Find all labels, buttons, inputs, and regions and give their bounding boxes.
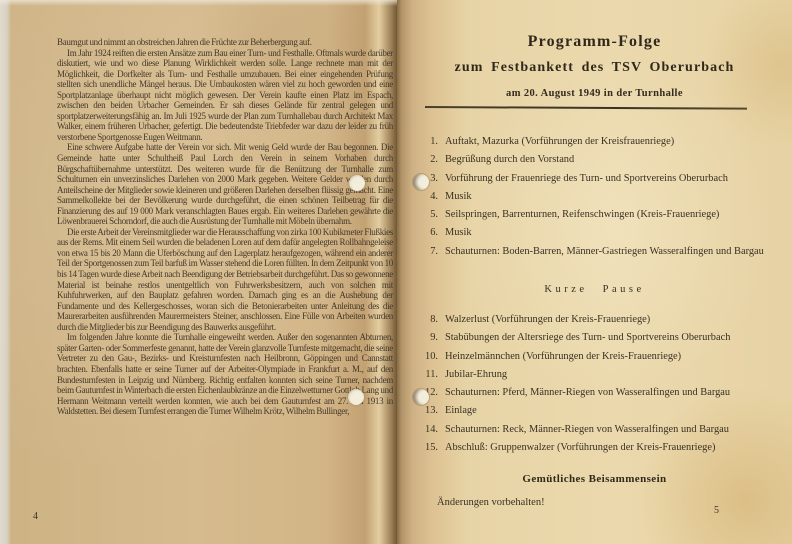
item-number: 10. bbox=[421, 348, 438, 366]
item-text: Heinzelmännchen (Vorführungen der Kreis-… bbox=[438, 348, 770, 366]
program-title: Programm-Folge bbox=[397, 33, 792, 51]
item-text: Musik bbox=[438, 224, 770, 242]
item-number: 1. bbox=[421, 133, 438, 151]
scanner-edge-left bbox=[0, 0, 11, 544]
program-subtitle: zum Festbankett des TSV Oberurbach bbox=[397, 60, 792, 76]
item-number: 6. bbox=[421, 224, 438, 242]
body-paragraph: Die erste Arbeit der Vereinsmitglieder w… bbox=[57, 227, 393, 332]
program-list-part1: 1.Auftakt, Mazurka (Vorführungen der Kre… bbox=[421, 133, 771, 261]
body-paragraph: Im folgenden Jahre konnte die Turnhalle … bbox=[57, 332, 393, 416]
item-number: 8. bbox=[421, 311, 438, 329]
revision-note: Änderungen vorbehalten! bbox=[437, 497, 545, 508]
item-text: Begrüßung durch den Vorstand bbox=[438, 151, 770, 169]
item-number: 14. bbox=[421, 421, 438, 439]
program-item: 3.Vorführung der Frauenriege des Turn- u… bbox=[421, 170, 771, 188]
item-number: 4. bbox=[421, 188, 438, 206]
program-item: 1.Auftakt, Mazurka (Vorführungen der Kre… bbox=[421, 133, 771, 151]
program-item: 14.Schauturnen: Reck, Männer-Riegen von … bbox=[421, 421, 771, 439]
item-number: 15. bbox=[421, 439, 438, 457]
item-text: Jubilar-Ehrung bbox=[438, 366, 770, 384]
scanned-booklet-spread: Baumgut und nimmt an obstreichen Jahren … bbox=[0, 0, 792, 544]
item-number: 11. bbox=[421, 366, 438, 384]
program-item: 12.Schauturnen: Pferd, Männer-Riegen von… bbox=[421, 384, 771, 402]
program-item: 2.Begrüßung durch den Vorstand bbox=[421, 151, 771, 169]
program-item: 10.Heinzelmännchen (Vorführungen der Kre… bbox=[421, 348, 771, 366]
body-paragraph: Baumgut und nimmt an obstreichen Jahren … bbox=[57, 37, 393, 48]
item-text: Abschluß: Gruppenwalzer (Vorführungen de… bbox=[438, 439, 770, 457]
punch-hole bbox=[413, 389, 429, 405]
program-item: 13.Einlage bbox=[421, 402, 771, 420]
program-date: am 20. August 1949 in der Turnhalle bbox=[397, 88, 792, 99]
left-page: Baumgut und nimmt an obstreichen Jahren … bbox=[0, 0, 397, 544]
program-item: 7.Schauturnen: Boden-Barren, Männer-Gast… bbox=[421, 243, 771, 261]
punch-hole bbox=[349, 175, 365, 191]
item-text: Auftakt, Mazurka (Vorführungen der Kreis… bbox=[438, 133, 770, 151]
page-number-right: 5 bbox=[714, 505, 719, 516]
item-number: 5. bbox=[421, 206, 438, 224]
program-item: 5.Seilspringen, Barrenturnen, Reifenschw… bbox=[421, 206, 771, 224]
program-item: 11.Jubilar-Ehrung bbox=[421, 366, 771, 384]
item-text: Walzerlust (Vorführungen der Kreis-Fraue… bbox=[438, 311, 770, 329]
item-text: Schauturnen: Boden-Barren, Männer-Gastri… bbox=[438, 243, 770, 261]
program-item: 4.Musik bbox=[421, 188, 771, 206]
body-paragraph: Eine schwere Aufgabe hatte der Verein vo… bbox=[57, 142, 393, 226]
punch-hole bbox=[348, 389, 364, 405]
scanner-edge-top bbox=[0, 0, 397, 6]
program-item: 8.Walzerlust (Vorführungen der Kreis-Fra… bbox=[421, 311, 771, 329]
page-number-left: 4 bbox=[33, 511, 38, 522]
program-item: 9.Stabübungen der Altersriege des Turn- … bbox=[421, 329, 771, 347]
item-text: Vorführung der Frauenriege des Turn- und… bbox=[438, 170, 770, 188]
item-text: Stabübungen der Altersriege des Turn- un… bbox=[438, 329, 770, 347]
item-text: Einlage bbox=[438, 402, 770, 420]
item-number: 7. bbox=[421, 243, 438, 261]
body-paragraph: Im Jahr 1924 reiften die ersten Ansätze … bbox=[57, 48, 393, 143]
item-number: 13. bbox=[421, 402, 438, 420]
item-text: Schauturnen: Reck, Männer-Riegen von Was… bbox=[438, 421, 770, 439]
header-rule bbox=[425, 106, 747, 110]
closing-heading: Gemütliches Beisammensein bbox=[397, 473, 792, 485]
punch-hole bbox=[413, 174, 429, 190]
item-text: Seilspringen, Barrenturnen, Reifenschwin… bbox=[438, 206, 770, 224]
item-number: 9. bbox=[421, 329, 438, 347]
program-list-part2: 8.Walzerlust (Vorführungen der Kreis-Fra… bbox=[421, 311, 771, 457]
program-item: 6.Musik bbox=[421, 224, 771, 242]
item-text: Musik bbox=[438, 188, 770, 206]
left-text-column: Baumgut und nimmt an obstreichen Jahren … bbox=[57, 37, 393, 417]
item-text: Schauturnen: Pferd, Männer-Riegen von Wa… bbox=[438, 384, 770, 402]
right-page: Programm-Folge zum Festbankett des TSV O… bbox=[397, 0, 792, 544]
pause-heading: Kurze Pause bbox=[397, 284, 792, 295]
program-item: 15.Abschluß: Gruppenwalzer (Vorführungen… bbox=[421, 439, 771, 457]
item-number: 2. bbox=[421, 151, 438, 169]
